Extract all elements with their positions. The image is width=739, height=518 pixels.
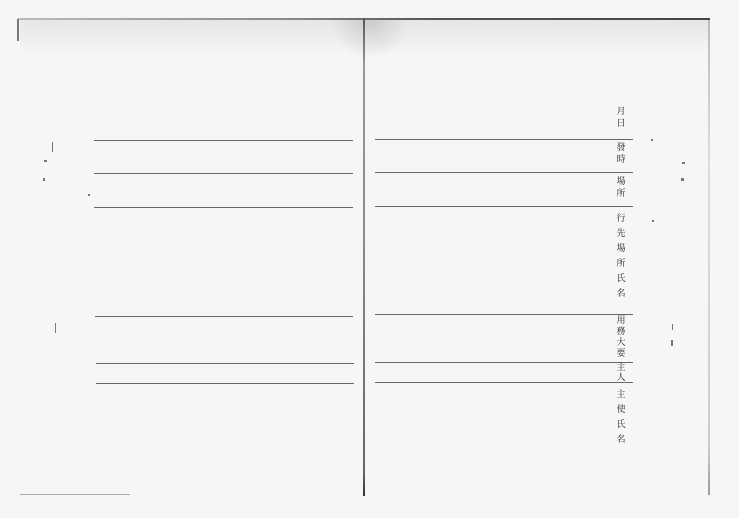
left-rule-5 (96, 363, 354, 364)
scan-speck (88, 194, 90, 196)
label-business-summary: 用務大要 (614, 316, 628, 360)
left-rule-6 (96, 383, 354, 384)
scan-speck (671, 340, 673, 346)
scan-speck (652, 220, 654, 222)
page-left-edge (17, 19, 19, 41)
right-rule-1 (375, 139, 633, 140)
scan-speck (681, 178, 684, 181)
scan-speck (672, 324, 673, 330)
scan-speck (52, 142, 53, 152)
scan-speck (55, 323, 56, 333)
scan-speck (43, 178, 45, 181)
right-rule-6 (375, 382, 633, 383)
scan-speck (682, 162, 685, 164)
label-departure-time: 發時 (614, 142, 628, 166)
scan-speck (651, 139, 653, 141)
page-bottom-edge (20, 494, 130, 495)
scan-speck (44, 160, 47, 162)
spine-shadow (330, 20, 410, 60)
right-rule-2 (375, 172, 633, 173)
label-host: 主人 (614, 363, 628, 383)
label-messenger-name: 主使氏名 (614, 388, 628, 448)
right-rule-4 (375, 314, 633, 315)
label-destination-name: 行先場所氏名 (614, 212, 628, 302)
label-place: 場所 (614, 176, 628, 200)
book-spine (363, 18, 365, 496)
left-rule-2 (94, 173, 353, 174)
right-rule-5 (375, 362, 633, 363)
left-rule-1 (94, 140, 353, 141)
page-right-edge (708, 20, 710, 495)
label-date: 月日 (614, 106, 628, 130)
right-rule-3 (375, 206, 633, 207)
left-rule-3 (94, 207, 353, 208)
left-rule-4 (95, 316, 353, 317)
